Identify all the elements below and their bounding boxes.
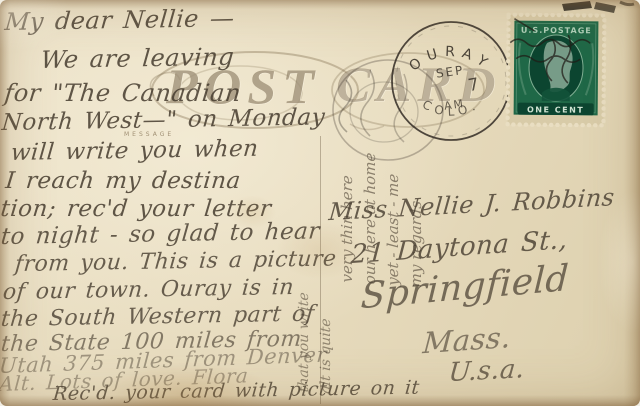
address-country: U.s.a. (447, 354, 526, 388)
message-line: I reach my destina (4, 168, 242, 194)
postmark-outer-ring (392, 22, 510, 140)
postmark: OURAY COLO. SEP 7 AM (386, 15, 516, 147)
message-line: of our town. Ouray is in (2, 275, 295, 305)
sideways-note-left: that you write alt is quite (293, 265, 337, 394)
postcard-scan: POST CARD MESSAGE My dear Nellie — We ar… (0, 0, 640, 406)
stamp-top-label: U.S.POSTAGE (521, 26, 592, 36)
address-state: Mass. (422, 320, 513, 360)
postmark-day: 7 (466, 75, 480, 97)
top-edge-cancel-mark (556, 0, 640, 20)
postmark-month: SEP (435, 63, 465, 81)
sideways-note-line: alt is quite (315, 267, 337, 395)
message-line: We are leaving (40, 43, 236, 74)
message-line: for "The Canadian (3, 79, 242, 107)
message-line: My dear Nellie — (4, 4, 236, 36)
message-line: tion; rec'd your letter (0, 196, 273, 222)
message-line: from you. This is a picture (14, 246, 338, 277)
stamp-engraving: U.S.POSTAGE ONE CENT (514, 21, 599, 116)
postcard-back: POST CARD MESSAGE My dear Nellie — We ar… (0, 0, 640, 406)
postage-stamp: U.S.POSTAGE ONE CENT (506, 13, 607, 128)
sideways-note-line: that you write (293, 265, 315, 393)
stamp-denomination-label: ONE CENT (527, 105, 584, 114)
message-line: to night - so glad to hear (0, 218, 321, 250)
message-line: will write you when (10, 136, 260, 166)
postmark-inner-ring (396, 26, 506, 136)
